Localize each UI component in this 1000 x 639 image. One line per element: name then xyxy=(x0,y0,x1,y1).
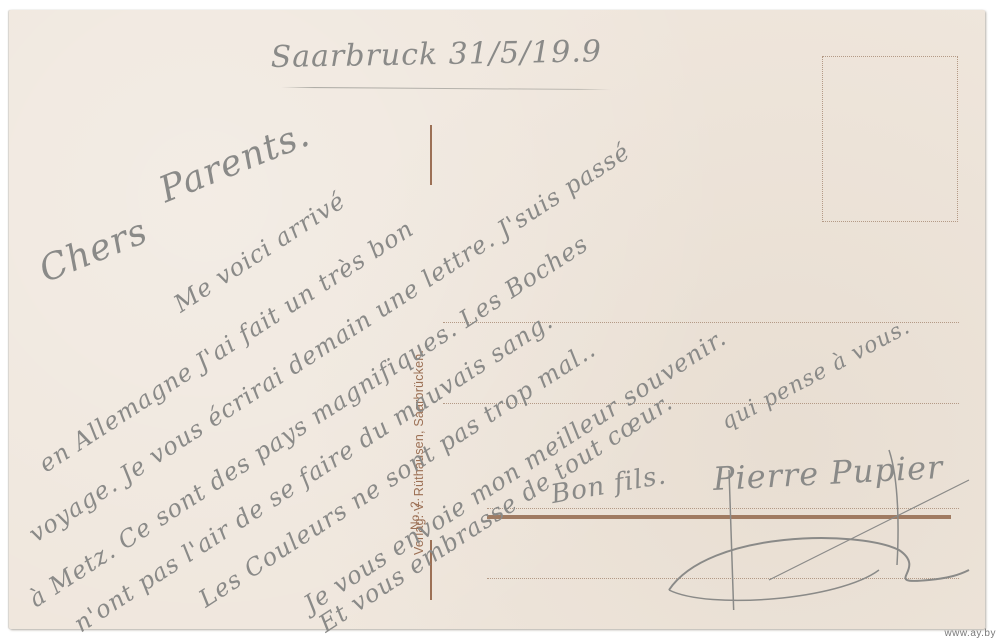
signature-flourish xyxy=(649,410,979,610)
salutation-parents: Parents. xyxy=(154,114,316,211)
salutation-chers: Chers xyxy=(34,211,154,291)
date-underline xyxy=(281,87,611,90)
stamp-box xyxy=(822,56,958,222)
watermark: www.ay.by xyxy=(944,628,996,639)
divider-line-top xyxy=(430,125,432,185)
place-date: Saarbruck 31/5/19.9 xyxy=(270,34,602,75)
postcard-back: Saarbruck 31/5/19.9 Verlag: V. Rüthausen… xyxy=(9,10,985,629)
